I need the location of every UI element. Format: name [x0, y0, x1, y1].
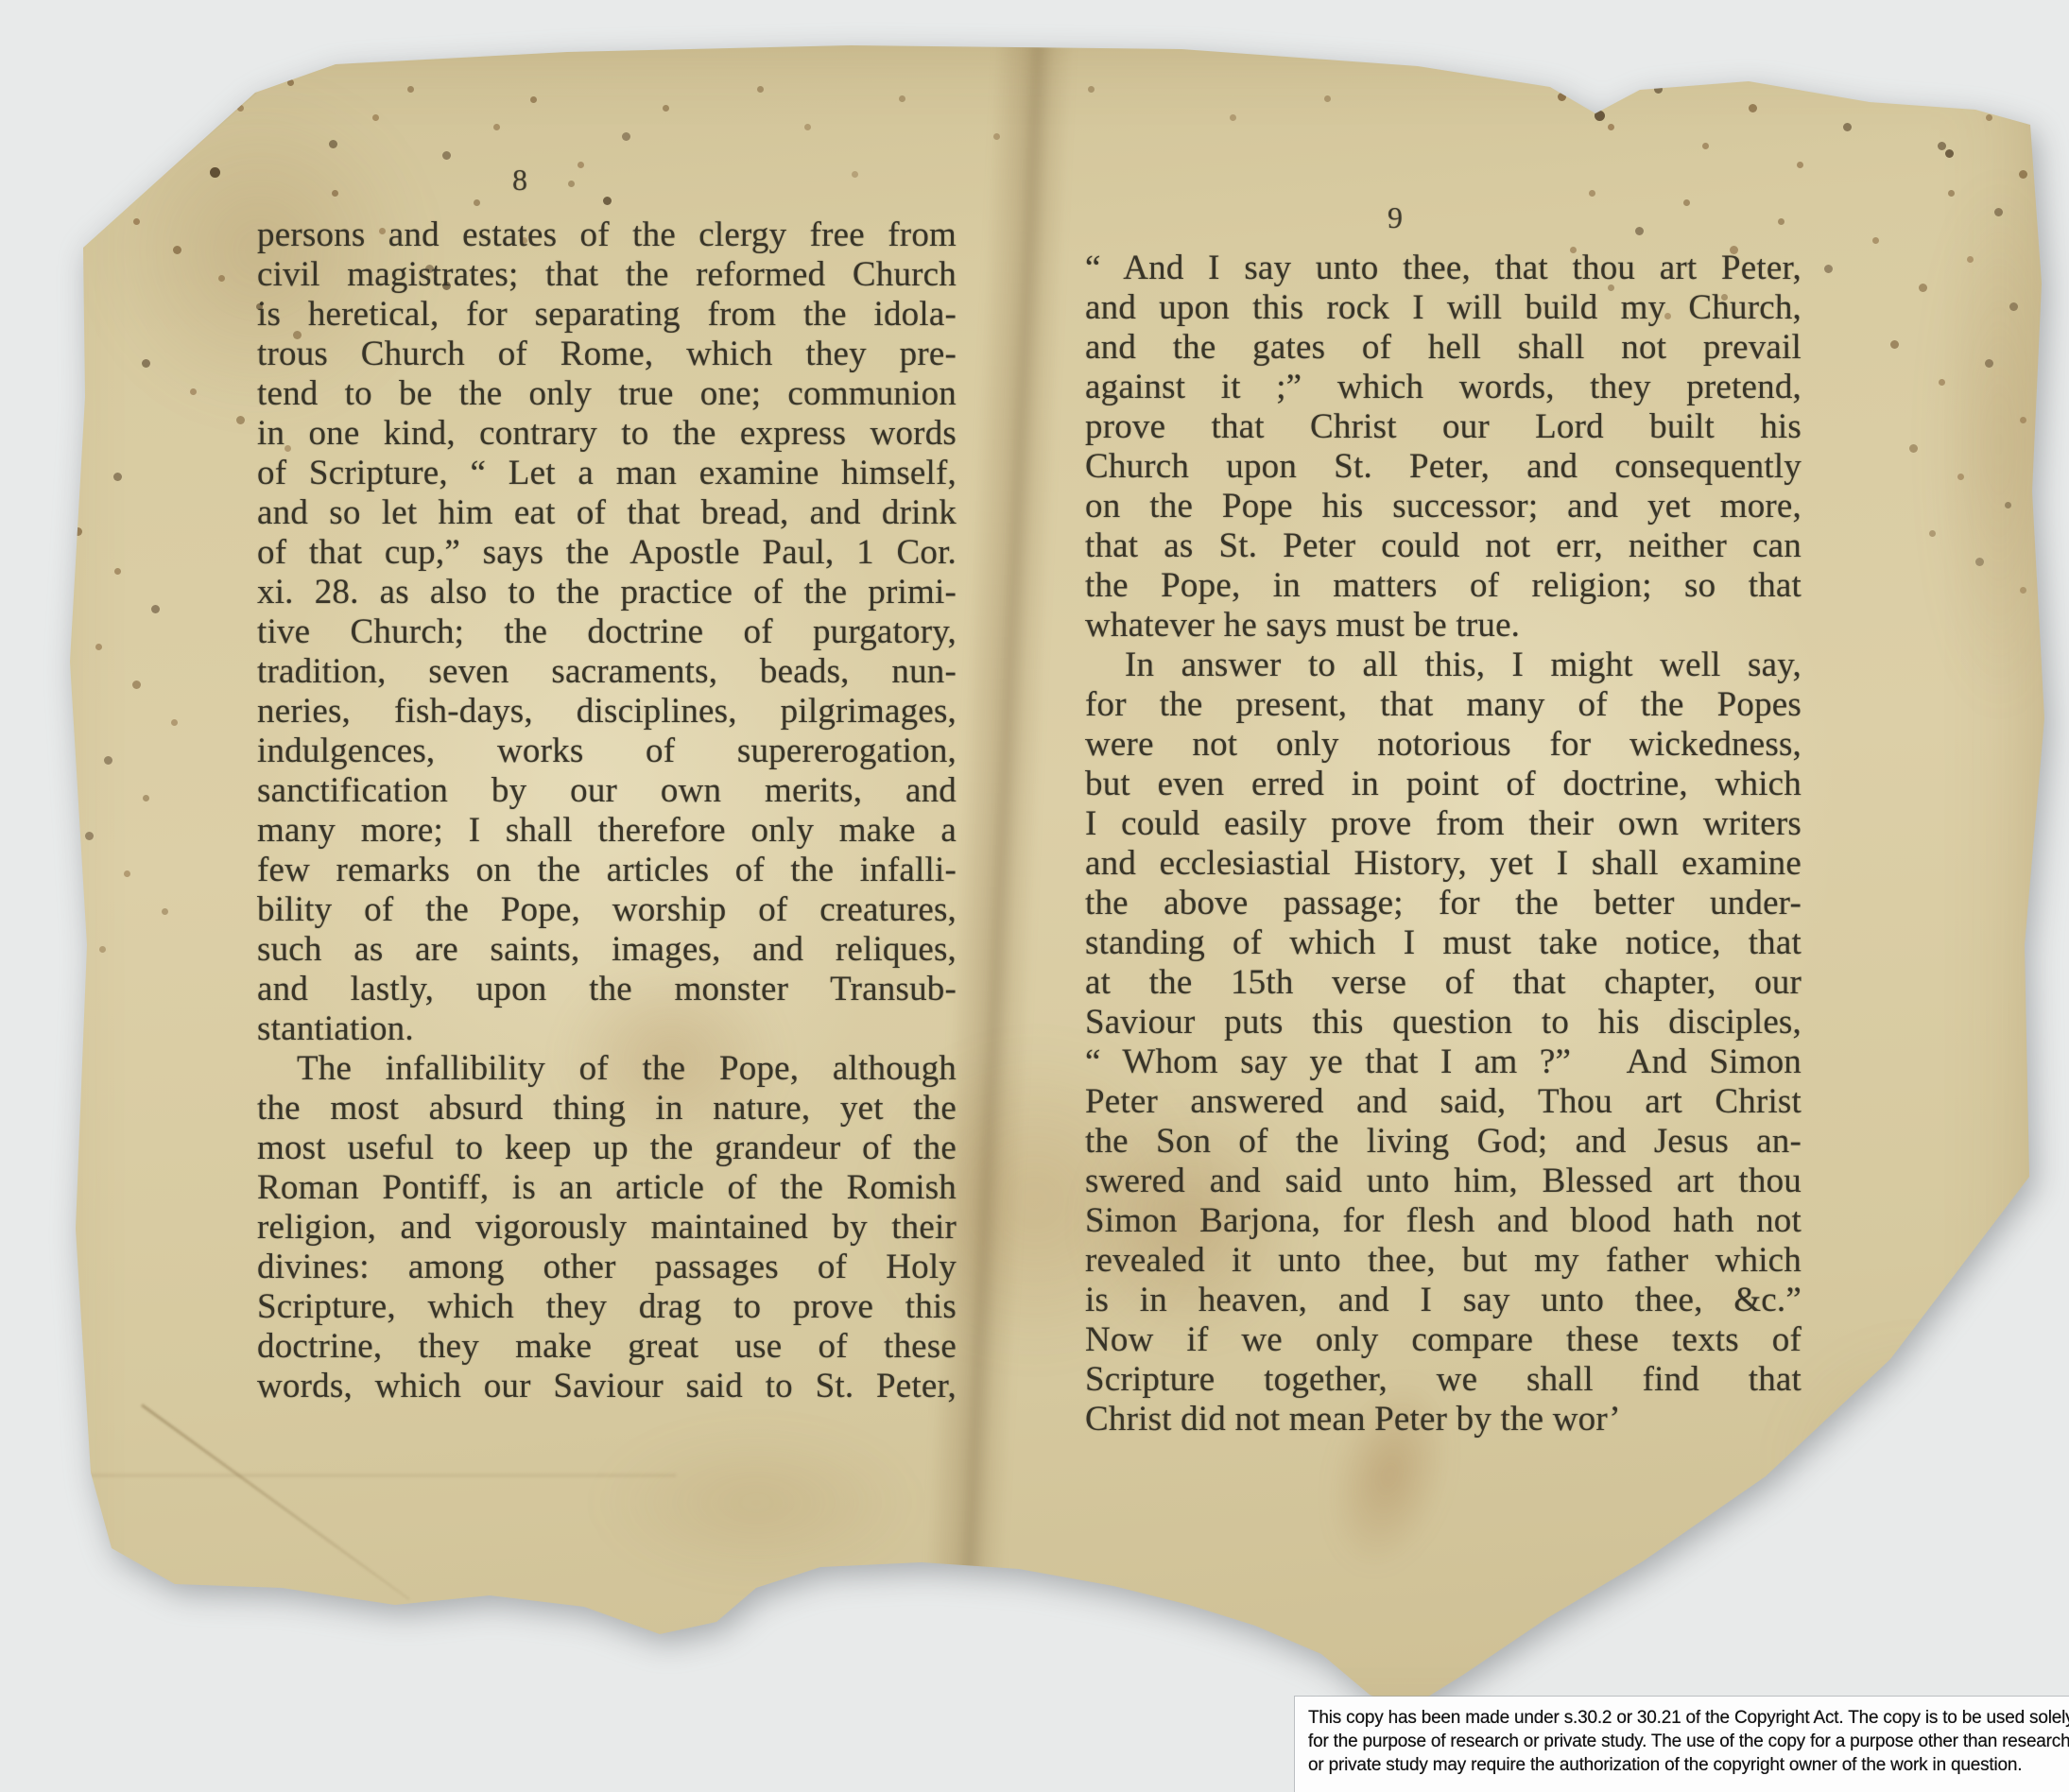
- text-line: and ecclesiastial History, yet I shall e…: [1085, 844, 1802, 884]
- text-line: Saviour puts this question to his discip…: [1085, 1003, 1802, 1042]
- text-line: and upon this rock I will build my Churc…: [1085, 288, 1802, 328]
- copyright-notice-line: for the purpose of research or private s…: [1308, 1730, 2069, 1753]
- text-line: of Scripture, “ Let a man examine himsel…: [257, 454, 957, 493]
- text-line: for the present, that many of the Popes: [1085, 685, 1802, 725]
- text-line: tive Church; the doctrine of purgatory,: [257, 612, 957, 652]
- text-line: such as are saints, images, and reliques…: [257, 930, 957, 970]
- text-line: is heretical, for separating from the id…: [257, 295, 957, 335]
- text-line: Scripture together, we shall find that: [1085, 1360, 1802, 1400]
- text-line: most useful to keep up the grandeur of t…: [257, 1129, 957, 1168]
- text-line: Roman Pontiff, is an article of the Romi…: [257, 1168, 957, 1208]
- text-line: the most absurd thing in nature, yet the: [257, 1089, 957, 1129]
- foxing-specks-top-left: [0, 0, 5, 5]
- text-line: whatever he says must be true.: [1085, 606, 1802, 646]
- text-line: tradition, seven sacraments, beads, nun-: [257, 652, 957, 692]
- text-line: trous Church of Rome, which they pre-: [257, 335, 957, 374]
- text-line: The infallibility of the Pope, although: [257, 1049, 957, 1089]
- text-line: sanctification by our own merits, and: [257, 771, 957, 811]
- text-line: many more; I shall therefore only make a: [257, 811, 957, 851]
- text-line: few remarks on the articles of the infal…: [257, 851, 957, 890]
- text-line: the Pope, in matters of religion; so tha…: [1085, 566, 1802, 606]
- text-line: standing of which I must take notice, th…: [1085, 923, 1802, 963]
- copyright-notice: This copy has been made under s.30.2 or …: [1295, 1697, 2069, 1792]
- text-line: were not only notorious for wickedness,: [1085, 725, 1802, 765]
- text-line: I could easily prove from their own writ…: [1085, 804, 1802, 844]
- page-9-text: “ And I say unto thee, that thou art Pet…: [1085, 249, 1802, 1439]
- text-line: persons and estates of the clergy free f…: [257, 215, 957, 255]
- text-line: is in heaven, and I say unto thee, &c.”: [1085, 1281, 1802, 1320]
- text-line: but even erred in point of doctrine, whi…: [1085, 765, 1802, 804]
- water-stain: [558, 1408, 955, 1597]
- text-line: prove that Christ our Lord built his: [1085, 407, 1802, 447]
- scanned-document: 8 9 persons and estates of the clergy fr…: [0, 0, 2069, 1792]
- text-line: of that cup,” says the Apostle Paul, 1 C…: [257, 533, 957, 573]
- text-line: xi. 28. as also to the practice of the p…: [257, 573, 957, 612]
- text-line: bility of the Pope, worship of creatures…: [257, 890, 957, 930]
- foxing-specks-left: [0, 0, 5, 5]
- text-line: “ And I say unto thee, that thou art Pet…: [1085, 249, 1802, 288]
- text-line: revealed it unto thee, but my father whi…: [1085, 1241, 1802, 1281]
- text-line: and lastly, upon the monster Transub-: [257, 970, 957, 1009]
- text-line: neries, fish-days, disciplines, pilgrima…: [257, 692, 957, 732]
- copyright-notice-line: or private study may require the authori…: [1308, 1753, 2069, 1777]
- text-line: “ Whom say ye that I am ?” And Simon: [1085, 1042, 1802, 1082]
- text-line: that as St. Peter could not err, neither…: [1085, 526, 1802, 566]
- text-line: doctrine, they make great use of these: [257, 1327, 957, 1367]
- text-line: the Son of the living God; and Jesus an-: [1085, 1122, 1802, 1162]
- text-line: In answer to all this, I might well say,: [1085, 646, 1802, 685]
- text-line: Christ did not mean Peter by the wor’: [1085, 1400, 1802, 1439]
- page-number-left: 8: [512, 163, 527, 198]
- text-line: Peter answered and said, Thou art Christ: [1085, 1082, 1802, 1122]
- fold-crease-bottom-left: [141, 1404, 410, 1600]
- text-line: in one kind, contrary to the express wor…: [257, 414, 957, 454]
- text-line: and so let him eat of that bread, and dr…: [257, 493, 957, 533]
- text-line: Now if we only compare these texts of: [1085, 1320, 1802, 1360]
- text-line: at the 15th verse of that chapter, our: [1085, 963, 1802, 1003]
- page-8-text: persons and estates of the clergy free f…: [257, 215, 957, 1406]
- text-line: civil magistrates; that the reformed Chu…: [257, 255, 957, 295]
- foxing-specks-right: [0, 0, 5, 5]
- text-line: indulgences, works of supererogation,: [257, 732, 957, 771]
- text-line: against it ;” which words, they pretend,: [1085, 368, 1802, 407]
- text-line: swered and said unto him, Blessed art th…: [1085, 1162, 1802, 1201]
- text-line: stantiation.: [257, 1009, 957, 1049]
- text-line: Scripture, which they drag to prove this: [257, 1287, 957, 1327]
- water-stain: [1919, 104, 2069, 784]
- fold-crease-left-page: [90, 1474, 676, 1476]
- text-line: Simon Barjona, for flesh and blood hath …: [1085, 1201, 1802, 1241]
- foxing-specks-top-right: [0, 0, 5, 5]
- text-line: divines: among other passages of Holy: [257, 1248, 957, 1287]
- book-spread-paper: 8 9 persons and estates of the clergy fr…: [0, 0, 2069, 1792]
- text-line: the above passage; for the better under-: [1085, 884, 1802, 923]
- text-line: words, which our Saviour said to St. Pet…: [257, 1367, 957, 1406]
- fold-crease-top-left: [75, 80, 267, 249]
- text-line: Church upon St. Peter, and consequently: [1085, 447, 1802, 487]
- text-line: tend to be the only true one; communion: [257, 374, 957, 414]
- text-line: and the gates of hell shall not prevail: [1085, 328, 1802, 368]
- text-line: religion, and vigorously maintained by t…: [257, 1208, 957, 1248]
- page-number-right: 9: [1388, 200, 1403, 235]
- text-line: on the Pope his successor; and yet more,: [1085, 487, 1802, 526]
- copyright-notice-line: This copy has been made under s.30.2 or …: [1308, 1706, 2069, 1730]
